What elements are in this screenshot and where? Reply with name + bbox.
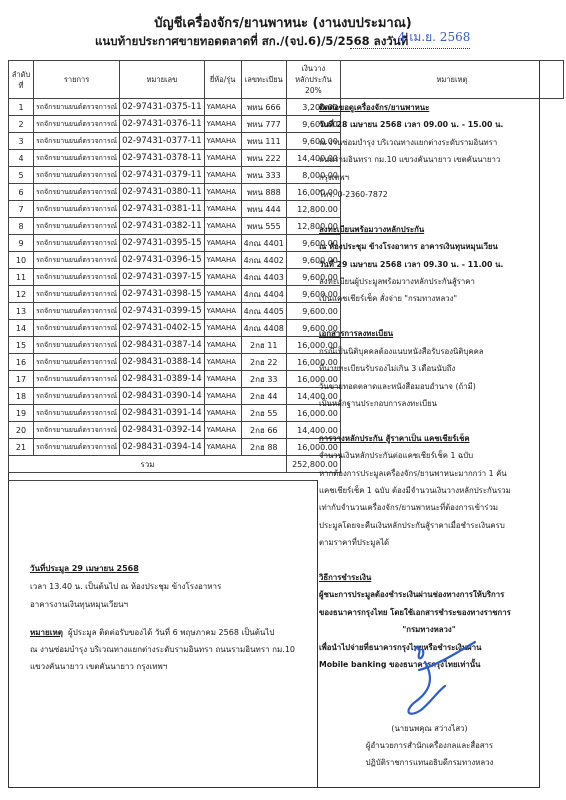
row-registration: 2กฮ 88 [241, 439, 286, 456]
table-bottom-divider [8, 480, 318, 481]
remarks-line: ตามราคาที่ประมูลได้ [319, 534, 539, 551]
remarks-line: ณ ห้องประชุม ข้างโรงอาหาร อาคารเงินทุนหม… [319, 238, 539, 255]
header-deposit: เงินวางหลักประกัน20% [286, 61, 340, 99]
row-registration: 2กฮ 44 [241, 388, 286, 405]
row-registration: 4กณ 4401 [241, 235, 286, 252]
auction-venue-line: อาคารงานเงินทุนหมุนเวียนฯ [30, 596, 221, 614]
row-item: รถจักรยานยนต์ตรวจการณ์ [34, 218, 120, 235]
remark-line-1: ผู้ประมูล ติดต่อรับของได้ วันที่ 6 พฤษภา… [68, 628, 274, 637]
remarks-panel: ติดต่อขอดูเครื่องจักร/ยานพาหนะวันที่ 28 … [319, 99, 539, 673]
row-number: 8 [9, 218, 34, 235]
row-serial-number: 02-97431-0398-15 [120, 286, 205, 303]
row-brand: YAMAHA [204, 167, 241, 184]
remarks-line: ลงทะเบียนผู้ประมูลพร้อมวางหลักประกันสู้ร… [319, 273, 539, 290]
row-item: รถจักรยานยนต์ตรวจการณ์ [34, 286, 120, 303]
signature-block: (นายนพคุณ สว่างไสว) ผู้อำนวยการสำนักเครื… [319, 720, 540, 771]
header-item: รายการ [34, 61, 120, 99]
row-item: รถจักรยานยนต์ตรวจการณ์ [34, 388, 120, 405]
row-serial-number: 02-98431-0391-14 [120, 405, 205, 422]
row-serial-number: 02-97431-0395-15 [120, 235, 205, 252]
row-brand: YAMAHA [204, 184, 241, 201]
remarks-line: ผู้ชนะการประมูลต้องชำระเงินผ่านช่องทางกา… [319, 586, 539, 603]
row-item: รถจักรยานยนต์ตรวจการณ์ [34, 303, 120, 320]
auction-time-line: เวลา 13.40 น. เป็นต้นไป ณ ห้องประชุม ข้า… [30, 578, 221, 596]
row-number: 10 [9, 252, 34, 269]
remarks-column-divider [317, 480, 318, 788]
row-item: รถจักรยานยนต์ตรวจการณ์ [34, 320, 120, 337]
row-serial-number: 02-97431-0381-11 [120, 201, 205, 218]
remarks-line: กรณีเป็นนิติบุคคลต้องแนบหนังสือรับรองนิต… [319, 343, 539, 360]
row-registration: พหน 222 [241, 150, 286, 167]
row-registration: พหน 111 [241, 133, 286, 150]
remark-line-3: แขวงคันนายาว เขตคันนายาว กรุงเทพฯ [30, 658, 295, 675]
row-number: 6 [9, 184, 34, 201]
remarks-heading: ติดต่อขอดูเครื่องจักร/ยานพาหนะ [319, 99, 539, 116]
row-brand: YAMAHA [204, 218, 241, 235]
row-brand: YAMAHA [204, 405, 241, 422]
remarks-line [319, 308, 539, 325]
row-registration: พหน 333 [241, 167, 286, 184]
remarks-line: วันที่ 28 เมษายน 2568 เวลา 09.00 น. - 15… [319, 116, 539, 133]
row-number: 14 [9, 320, 34, 337]
row-brand: YAMAHA [204, 252, 241, 269]
row-item: รถจักรยานยนต์ตรวจการณ์ [34, 422, 120, 439]
remarks-line: ณ งานซ่อมบำรุง บริเวณทางแยกต่างระดับรามอ… [319, 134, 539, 151]
row-brand: YAMAHA [204, 201, 241, 218]
row-item: รถจักรยานยนต์ตรวจการณ์ [34, 405, 120, 422]
row-item: รถจักรยานยนต์ตรวจการณ์ [34, 167, 120, 184]
row-serial-number: 02-97431-0397-15 [120, 269, 205, 286]
row-brand: YAMAHA [204, 286, 241, 303]
row-number: 2 [9, 116, 34, 133]
row-registration: 2กฮ 55 [241, 405, 286, 422]
row-serial-number: 02-97431-0377-11 [120, 133, 205, 150]
row-number: 20 [9, 422, 34, 439]
row-number: 4 [9, 150, 34, 167]
remarks-line: เป็นแคชเชียร์เช็ค สั่งจ่าย "กรมทางหลวง" [319, 290, 539, 307]
row-registration: พหน 666 [241, 99, 286, 116]
header-no: ลำดับที่ [9, 61, 34, 99]
remarks-line: จำนวนเงินหลักประกันต่อแคชเชียร์เช็ค 1 ฉบ… [319, 447, 539, 464]
header-registration: เลขทะเบียน [241, 61, 286, 99]
row-item: รถจักรยานยนต์ตรวจการณ์ [34, 337, 120, 354]
row-number: 13 [9, 303, 34, 320]
row-item: รถจักรยานยนต์ตรวจการณ์ [34, 235, 120, 252]
row-brand: YAMAHA [204, 320, 241, 337]
remarks-heading: ลงทะเบียนพร้อมวางหลักประกัน [319, 221, 539, 238]
row-brand: YAMAHA [204, 388, 241, 405]
header-remarks: หมายเหตุ [340, 61, 563, 99]
remarks-line: เท่ากับจำนวนเครื่องจักร/ยานพาหนะที่ต้องก… [319, 499, 539, 516]
row-serial-number: 02-97431-0380-11 [120, 184, 205, 201]
row-registration: 2กฮ 33 [241, 371, 286, 388]
signer-position: ผู้อำนวยการสำนักเครื่องกลและสื่อสาร [319, 737, 540, 754]
row-number: 5 [9, 167, 34, 184]
row-brand: YAMAHA [204, 269, 241, 286]
row-serial-number: 02-98431-0389-14 [120, 371, 205, 388]
row-registration: 4กณ 4402 [241, 252, 286, 269]
row-serial-number: 02-97431-0382-11 [120, 218, 205, 235]
row-serial-number: 02-97431-0399-15 [120, 303, 205, 320]
remarks-line [319, 203, 539, 220]
row-serial-number: 02-98431-0388-14 [120, 354, 205, 371]
remarks-line [319, 412, 539, 429]
row-number: 12 [9, 286, 34, 303]
remarks-line: แคชเชียร์เช็ค 1 ฉบับ ต้องมีจำนวนเงินวางห… [319, 482, 539, 499]
row-item: รถจักรยานยนต์ตรวจการณ์ [34, 371, 120, 388]
auction-date-heading: วันที่ประมูล 29 เมษายน 2568 [30, 560, 221, 578]
handwritten-date: - 4 เม.ย. 2568 [390, 28, 470, 47]
row-item: รถจักรยานยนต์ตรวจการณ์ [34, 201, 120, 218]
header-number: หมายเลข [120, 61, 205, 99]
row-registration: 4กณ 4408 [241, 320, 286, 337]
row-brand: YAMAHA [204, 133, 241, 150]
row-brand: YAMAHA [204, 150, 241, 167]
row-serial-number: 02-98431-0392-14 [120, 422, 205, 439]
total-label: รวม [9, 456, 287, 473]
row-number: 21 [9, 439, 34, 456]
row-number: 16 [9, 354, 34, 371]
remarks-line: หากต้องการประมูลเครื่องจักร/ยานพาหนะมากก… [319, 465, 539, 482]
row-brand: YAMAHA [204, 422, 241, 439]
row-serial-number: 02-97431-0402-15 [120, 320, 205, 337]
row-registration: 4กณ 4404 [241, 286, 286, 303]
row-serial-number: 02-98431-0394-14 [120, 439, 205, 456]
row-registration: พหน 555 [241, 218, 286, 235]
remarks-line: "กรมทางหลวง" [319, 621, 539, 638]
row-serial-number: 02-97431-0376-11 [120, 116, 205, 133]
row-registration: 4กณ 4405 [241, 303, 286, 320]
remarks-line: วันที่ 29 เมษายน 2568 เวลา 09.30 น. - 11… [319, 256, 539, 273]
remark-line-2: ณ งานซ่อมบำรุง บริเวณทางแยกต่างระดับรามอ… [30, 641, 295, 658]
row-brand: YAMAHA [204, 235, 241, 252]
row-serial-number: 02-98431-0387-14 [120, 337, 205, 354]
row-item: รถจักรยานยนต์ตรวจการณ์ [34, 354, 120, 371]
row-brand: YAMAHA [204, 303, 241, 320]
row-serial-number: 02-98431-0390-14 [120, 388, 205, 405]
row-number: 19 [9, 405, 34, 422]
row-item: รถจักรยานยนต์ตรวจการณ์ [34, 439, 120, 456]
remark-label: หมายเหตุ [30, 628, 63, 637]
remarks-heading: เอกสารการลงทะเบียน [319, 325, 539, 342]
row-item: รถจักรยานยนต์ตรวจการณ์ [34, 184, 120, 201]
auction-date-block: วันที่ประมูล 29 เมษายน 2568 เวลา 13.40 น… [30, 560, 221, 614]
row-brand: YAMAHA [204, 371, 241, 388]
row-item: รถจักรยานยนต์ตรวจการณ์ [34, 116, 120, 133]
remarks-line: โทร. 0-2360-7872 [319, 186, 539, 203]
row-item: รถจักรยานยนต์ตรวจการณ์ [34, 269, 120, 286]
remarks-line [319, 552, 539, 569]
signature-icon [395, 640, 485, 720]
row-number: 9 [9, 235, 34, 252]
remarks-line: ประมูลโดยจะคืนเงินหลักประกันสู้ราคาเมื่อ… [319, 517, 539, 534]
row-registration: พหน 888 [241, 184, 286, 201]
row-brand: YAMAHA [204, 354, 241, 371]
document-title: บัญชีเครื่องจักร/ยานพาหนะ (งานงบประมาณ) [0, 12, 566, 33]
row-serial-number: 02-97431-0396-15 [120, 252, 205, 269]
remarks-heading: วิธีการชำระเงิน [319, 569, 539, 586]
row-serial-number: 02-97431-0378-11 [120, 150, 205, 167]
remarks-line: กรุงเทพฯ [319, 169, 539, 186]
remarks-line: ที่นายทะเบียนรับรองไม่เกิน 3 เดือนนับถึง [319, 360, 539, 377]
row-registration: 2กฮ 66 [241, 422, 286, 439]
row-item: รถจักรยานยนต์ตรวจการณ์ [34, 150, 120, 167]
row-registration: พหน 444 [241, 201, 286, 218]
row-item: รถจักรยานยนต์ตรวจการณ์ [34, 99, 120, 116]
row-number: 7 [9, 201, 34, 218]
row-number: 11 [9, 269, 34, 286]
remarks-line: เป็นหลักฐานประกอบการลงทะเบียน [319, 395, 539, 412]
row-serial-number: 02-97431-0379-11 [120, 167, 205, 184]
signer-acting: ปฏิบัติราชการแทนอธิบดีกรมทางหลวง [319, 754, 540, 771]
remarks-line: ของธนาคารกรุงไทย โดยใช้เอกสารชำระของทางร… [319, 604, 539, 621]
row-registration: 2กฮ 22 [241, 354, 286, 371]
row-brand: YAMAHA [204, 116, 241, 133]
row-brand: YAMAHA [204, 99, 241, 116]
row-brand: YAMAHA [204, 337, 241, 354]
row-serial-number: 02-97431-0375-11 [120, 99, 205, 116]
row-brand: YAMAHA [204, 439, 241, 456]
row-registration: 4กณ 4403 [241, 269, 286, 286]
row-item: รถจักรยานยนต์ตรวจการณ์ [34, 133, 120, 150]
remarks-heading: การวางหลักประกัน สู้ราคาเป็น แคชเชียร์เช… [319, 430, 539, 447]
remarks-line: วันขายทอดตลาดและหนังสือมอบอำนาจ (ถ้ามี) [319, 378, 539, 395]
row-registration: พหน 777 [241, 116, 286, 133]
row-number: 17 [9, 371, 34, 388]
remarks-line: ถนนรามอินทรา กม.10 แขวงคันนายาว เขตคันนา… [319, 151, 539, 168]
row-item: รถจักรยานยนต์ตรวจการณ์ [34, 252, 120, 269]
remark-block: หมายเหตุ ผู้ประมูล ติดต่อรับของได้ วันที… [30, 624, 295, 675]
row-number: 3 [9, 133, 34, 150]
header-brand: ยี่ห้อ/รุ่น [204, 61, 241, 99]
row-registration: 2กฮ 11 [241, 337, 286, 354]
row-number: 18 [9, 388, 34, 405]
row-number: 15 [9, 337, 34, 354]
row-number: 1 [9, 99, 34, 116]
signer-name: (นายนพคุณ สว่างไสว) [319, 720, 540, 737]
